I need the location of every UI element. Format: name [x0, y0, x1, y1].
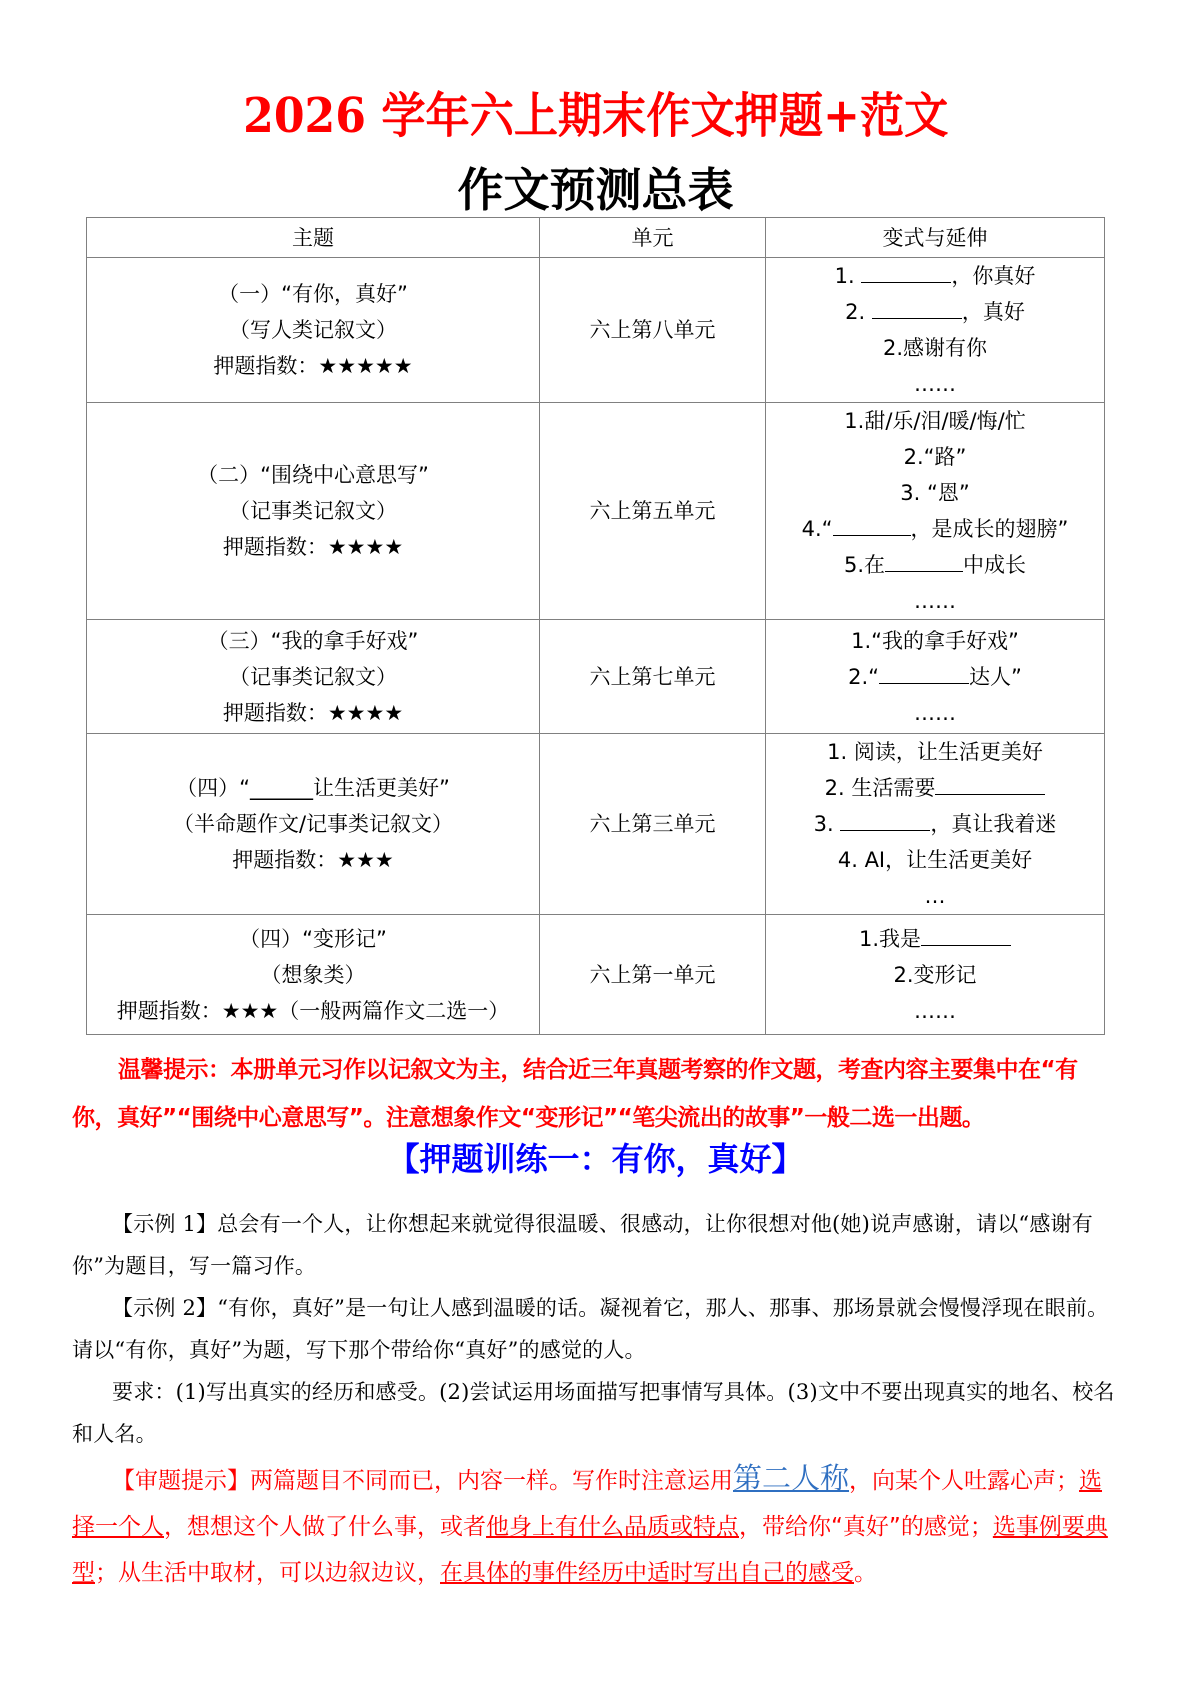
table-row: （四）“______让生活更美好”（半命题作文/记事类记叙文）押题指数：★★★六… — [87, 734, 1105, 915]
unit-cell: 六上第一单元 — [540, 915, 766, 1035]
variant-item: 2.“达人” — [766, 659, 1104, 695]
topic-line: （写人类记叙文） — [87, 312, 539, 348]
topic-line: （半命题作文/记事类记叙文） — [87, 806, 539, 842]
variant-item: …… — [766, 583, 1104, 619]
variant-text: 1.“我的拿手好戏” — [851, 629, 1019, 653]
section-title: 【押题训练一：有你，真好】 — [0, 1135, 1191, 1183]
fill-in-blank — [840, 808, 930, 831]
review-hint: 【审题提示】两篇题目不同而已，内容一样。写作时注意运用第二人称，向某个人吐露心声… — [72, 1455, 1120, 1596]
variant-item: 3. “恩” — [766, 475, 1104, 511]
variants-cell: 1.我是2.变形记…… — [766, 915, 1105, 1035]
topic-line: （四）“变形记” — [87, 921, 539, 957]
variant-item: 1.我是 — [766, 921, 1104, 957]
hint-text: ，带给你“真好”的感觉； — [739, 1514, 993, 1540]
variant-text: 5.在 — [844, 553, 885, 577]
variant-item: 1.“我的拿手好戏” — [766, 623, 1104, 659]
prediction-index: 押题指数：★★★★ — [87, 695, 539, 731]
topic-line: （二）“围绕中心意思写” — [87, 457, 539, 493]
example-1: 【示例 1】总会有一个人，让你想起来就觉得很温暖、很感动，让你很想对他(她)说声… — [72, 1203, 1120, 1287]
document-title: 2026 学年六上期末作文押题+范文 — [48, 86, 1144, 146]
prediction-index: 押题指数：★★★★ — [87, 529, 539, 565]
prediction-index: 押题指数：★★★★★ — [87, 348, 539, 384]
variant-text: 1. 阅读，让生活更美好 — [827, 740, 1043, 764]
hint-text: ；从生活中取材，可以边叙边议， — [95, 1560, 440, 1586]
variant-text: ，你真好 — [951, 264, 1035, 288]
variant-text: 2.感谢有你 — [883, 336, 987, 360]
topic-cell: （二）“围绕中心意思写”（记事类记叙文）押题指数：★★★★ — [87, 403, 540, 620]
table-row: （二）“围绕中心意思写”（记事类记叙文）押题指数：★★★★六上第五单元1.甜/乐… — [87, 403, 1105, 620]
unit-cell: 六上第七单元 — [540, 620, 766, 734]
variants-cell: 1. 阅读，让生活更美好2. 生活需要3. ，真让我着迷4. AI，让生活更美好… — [766, 734, 1105, 915]
variant-text: 1.我是 — [859, 927, 921, 951]
table-row: （四）“变形记”（想象类）押题指数：★★★（一般两篇作文二选一）六上第一单元1.… — [87, 915, 1105, 1035]
topic-line: （一）“有你，真好” — [87, 276, 539, 312]
variant-item: 2. 生活需要 — [766, 770, 1104, 806]
variant-item: …… — [766, 366, 1104, 402]
variant-text: ，是成长的翅膀” — [911, 517, 1069, 541]
variant-text: ，真好 — [962, 300, 1025, 324]
prediction-index: 押题指数：★★★（一般两篇作文二选一） — [87, 993, 539, 1029]
variant-text: … — [925, 884, 946, 908]
hint-label: 【审题提示】 — [112, 1468, 250, 1494]
requirements: 要求：(1)写出真实的经历和感受。(2)尝试运用场面描写把事情写具体。(3)文中… — [72, 1371, 1120, 1455]
variant-text: 4. AI，让生活更美好 — [838, 848, 1032, 872]
column-header-topic: 主题 — [87, 218, 540, 258]
fill-in-blank — [921, 923, 1011, 946]
variant-item: 1.甜/乐/泪/暖/悔/忙 — [766, 403, 1104, 439]
variant-item: 2.“路” — [766, 439, 1104, 475]
variant-text: 3. — [814, 812, 841, 836]
unit-cell: 六上第三单元 — [540, 734, 766, 915]
variant-text: ，真让我着迷 — [930, 812, 1056, 836]
variant-item: 4.“，是成长的翅膀” — [766, 511, 1104, 547]
example-2: 【示例 2】“有你，真好”是一句让人感到温暖的话。凝视着它，那人、那事、那场景就… — [72, 1287, 1120, 1371]
variant-text: …… — [914, 589, 956, 613]
variants-cell: 1.“我的拿手好戏”2.“达人”…… — [766, 620, 1105, 734]
variant-item: 5.在中成长 — [766, 547, 1104, 583]
prediction-table: 主题 单元 变式与延伸 （一）“有你，真好”（写人类记叙文）押题指数：★★★★★… — [86, 217, 1105, 1035]
variant-text: …… — [914, 999, 956, 1023]
variant-item: … — [766, 878, 1104, 914]
hint-underline: 他身上有什么品质或特点 — [486, 1514, 739, 1540]
fill-in-blank — [872, 296, 962, 319]
hint-highlight-second-person: 第二人称 — [733, 1461, 849, 1495]
variant-item: 2. ，真好 — [766, 294, 1104, 330]
table-title: 作文预测总表 — [0, 162, 1191, 218]
table-row: （一）“有你，真好”（写人类记叙文）押题指数：★★★★★六上第八单元1. ，你真… — [87, 258, 1105, 403]
topic-line: （三）“我的拿手好戏” — [87, 623, 539, 659]
fill-in-blank — [879, 661, 969, 684]
variant-text: 1.甜/乐/泪/暖/悔/忙 — [844, 409, 1025, 433]
unit-cell: 六上第八单元 — [540, 258, 766, 403]
fill-in-blank — [861, 260, 951, 283]
notice-tip: 温馨提示：本册单元习作以记叙文为主，结合近三年真题考察的作文题，考查内容主要集中… — [72, 1046, 1120, 1142]
fill-in-blank — [833, 513, 911, 536]
variant-item: …… — [766, 993, 1104, 1029]
variant-text: 2. 生活需要 — [825, 776, 936, 800]
prediction-index: 押题指数：★★★ — [87, 842, 539, 878]
variant-text: …… — [914, 701, 956, 725]
topic-cell: （一）“有你，真好”（写人类记叙文）押题指数：★★★★★ — [87, 258, 540, 403]
fill-in-blank — [885, 549, 963, 572]
variant-item: 2.变形记 — [766, 957, 1104, 993]
hint-underline: 在具体的事件经历中适时写出自己的感受 — [440, 1560, 854, 1586]
unit-cell: 六上第五单元 — [540, 403, 766, 620]
variants-cell: 1. ，你真好2. ，真好2.感谢有你…… — [766, 258, 1105, 403]
column-header-unit: 单元 — [540, 218, 766, 258]
topic-cell: （四）“变形记”（想象类）押题指数：★★★（一般两篇作文二选一） — [87, 915, 540, 1035]
variant-item: 4. AI，让生活更美好 — [766, 842, 1104, 878]
variant-text: …… — [914, 372, 956, 396]
variant-text: 2.变形记 — [893, 963, 976, 987]
variant-text: 4.“ — [802, 517, 833, 541]
variants-cell: 1.甜/乐/泪/暖/悔/忙2.“路”3. “恩”4.“，是成长的翅膀”5.在中成… — [766, 403, 1105, 620]
topic-cell: （三）“我的拿手好戏”（记事类记叙文）押题指数：★★★★ — [87, 620, 540, 734]
fill-in-blank — [935, 772, 1045, 795]
variant-text: 2.“ — [848, 665, 879, 689]
variant-item: 3. ，真让我着迷 — [766, 806, 1104, 842]
variant-item: 1. 阅读，让生活更美好 — [766, 734, 1104, 770]
topic-cell: （四）“______让生活更美好”（半命题作文/记事类记叙文）押题指数：★★★ — [87, 734, 540, 915]
variant-text: 3. “恩” — [900, 481, 969, 505]
table-header-row: 主题 单元 变式与延伸 — [87, 218, 1105, 258]
variant-item: 1. ，你真好 — [766, 258, 1104, 294]
variant-text: 2. — [845, 300, 872, 324]
hint-text: ，向某个人吐露心声； — [849, 1468, 1079, 1494]
variant-text: 2.“路” — [904, 445, 967, 469]
variant-item: 2.感谢有你 — [766, 330, 1104, 366]
variant-text: 中成长 — [963, 553, 1026, 577]
hint-text: 。 — [854, 1560, 877, 1586]
topic-line: （记事类记叙文） — [87, 659, 539, 695]
variant-text: 1. — [835, 264, 862, 288]
variant-item: …… — [766, 695, 1104, 731]
topic-line: （想象类） — [87, 957, 539, 993]
hint-text: 两篇题目不同而已，内容一样。写作时注意运用 — [250, 1468, 733, 1494]
variant-text: 达人” — [969, 665, 1022, 689]
hint-text: ，想想这个人做了什么事，或者 — [164, 1514, 486, 1540]
topic-line: （记事类记叙文） — [87, 493, 539, 529]
column-header-variants: 变式与延伸 — [766, 218, 1105, 258]
topic-line: （四）“______让生活更美好” — [87, 770, 539, 806]
table-row: （三）“我的拿手好戏”（记事类记叙文）押题指数：★★★★六上第七单元1.“我的拿… — [87, 620, 1105, 734]
